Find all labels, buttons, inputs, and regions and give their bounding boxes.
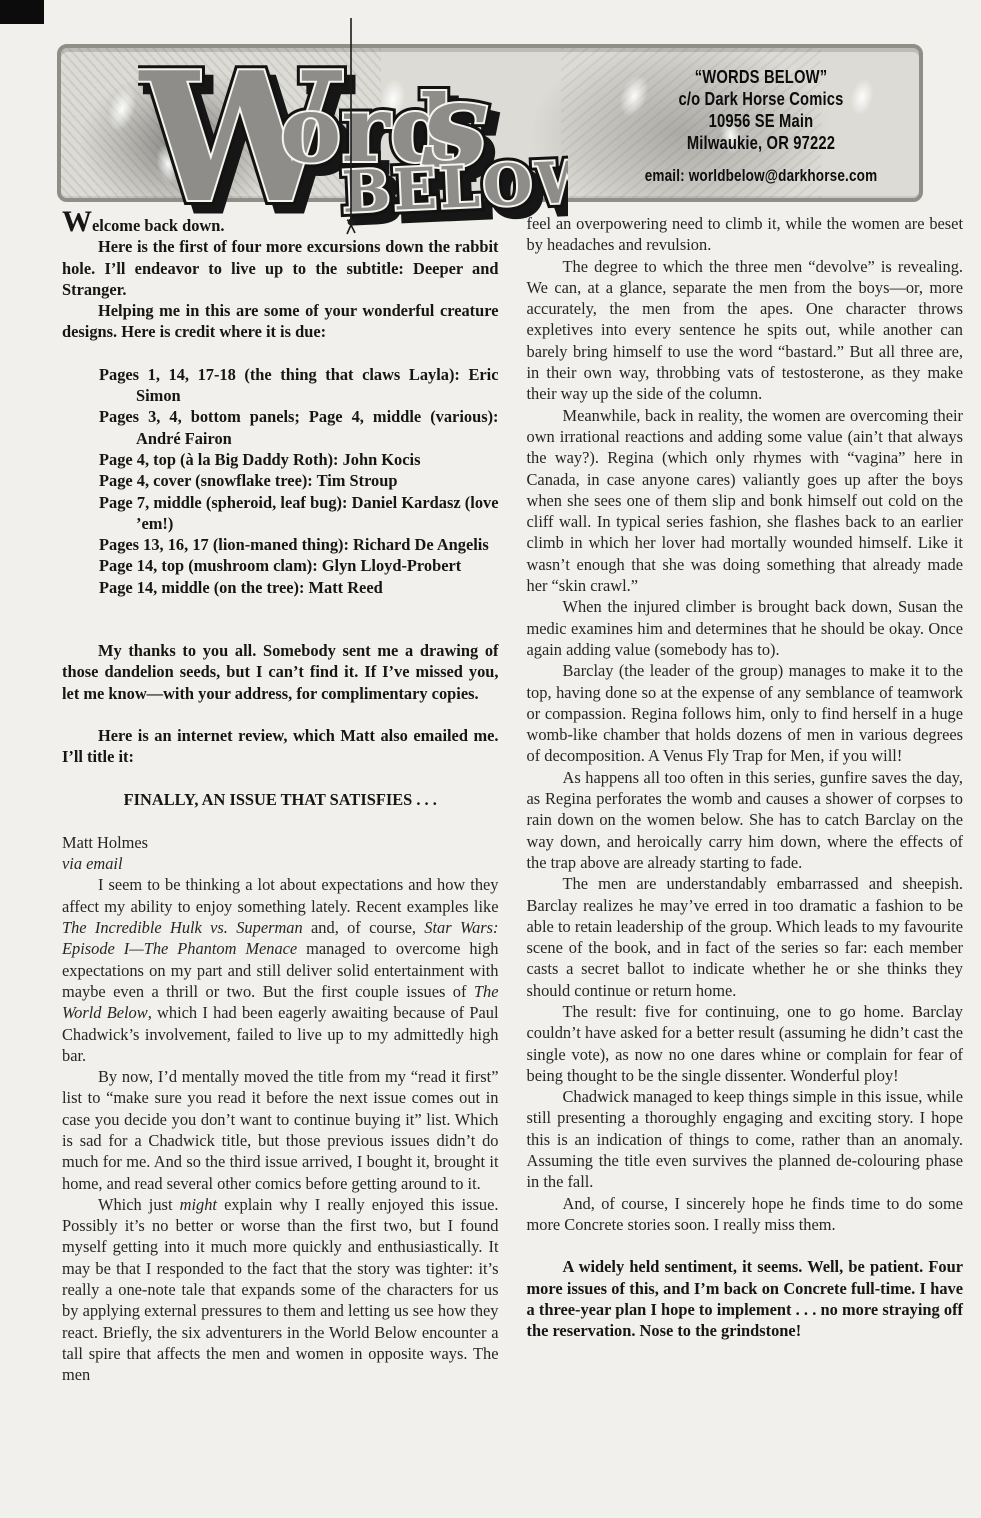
body-text: Page 4, cover (snowflake tree): Tim Stro… [99,471,398,490]
letter-paragraph: The result: five for continuing, one to … [527,1001,964,1086]
body-text: feel an overpowering need to climb it, w… [527,214,964,254]
credit-line: Page 7, middle (spheroid, leaf bug): Dan… [62,492,499,535]
credit-line: Page 4, cover (snowflake tree): Tim Stro… [62,470,499,491]
letter-title: FINALLY, AN ISSUE THAT SATISFIES . . . [62,789,499,810]
body-text: and, of course, [303,918,425,937]
letter-paragraph: Barclay (the leader of the group) manage… [527,660,964,766]
body-text: Pages 1, 14, 17-18 (the thing that claws… [99,365,499,405]
letter-paragraph: By now, I’d mentally moved the title fro… [62,1066,499,1194]
italic-title-text: The Incredible Hulk vs. Superman [62,918,303,937]
address-line: Milwaukie, OR 97222 [638,132,884,154]
letter-paragraph: I seem to be thinking a lot about expect… [62,874,499,1066]
body-text: Page 4, top (à la Big Daddy Roth): John … [99,450,420,469]
sender-via: via email [62,853,499,874]
editor-paragraph: Here is an internet review, which Matt a… [62,725,499,768]
body-text: The result: five for continuing, one to … [527,1002,964,1085]
opening-line: Welcome back down. [62,213,499,236]
column-right: feel an overpowering need to climb it, w… [527,213,964,1386]
body-text: The degree to which the three men “devol… [527,257,964,404]
credit-line: Page 14, middle (on the tree): Matt Reed [62,577,499,598]
sender-name: Matt Holmes [62,832,499,853]
body-text: Which just [98,1195,180,1214]
body-text: By now, I’d mentally moved the title fro… [62,1067,499,1192]
email-address: email: worldbelow@darkhorse.com [638,165,884,187]
blank-line [62,598,499,619]
body-text: Helping me in this are some of your wond… [62,301,499,341]
blank-line [62,619,499,640]
body-text: explain why I really enjoyed this issue.… [62,1195,499,1384]
body-text: Page 14, middle (on the tree): Matt Reed [99,578,383,597]
body-text: My thanks to you all. Somebody sent me a… [62,641,499,703]
address-line: 10956 SE Main [638,110,884,132]
blank-line [62,704,499,725]
credit-line: Page 4, top (à la Big Daddy Roth): John … [62,449,499,470]
letter-signature: Matt Holmesvia email [62,832,499,875]
letter-paragraph: feel an overpowering need to climb it, w… [527,213,964,256]
body-text: And, of course, I sincerely hope he find… [527,1194,964,1234]
letters-page: “WORDS BELOW” c/o Dark Horse Comics 1095… [0,0,981,1518]
body-text: A widely held sentiment, it seems. Well,… [527,1257,964,1340]
credit-line: Pages 13, 16, 17 (lion-maned thing): Ric… [62,534,499,555]
body-text: Meanwhile, back in reality, the women ar… [527,406,964,595]
body-text: Here is an internet review, which Matt a… [62,726,499,766]
body-text: Here is the first of four more excursion… [62,237,499,299]
blank-line [62,343,499,364]
blank-line [527,1235,964,1256]
letter-paragraph: When the injured climber is brought back… [527,596,964,660]
address-title: “WORDS BELOW” [638,66,884,88]
editor-paragraph: A widely held sentiment, it seems. Well,… [527,1256,964,1341]
mailing-address: “WORDS BELOW” c/o Dark Horse Comics 1095… [638,66,884,187]
body-text: I seem to be thinking a lot about expect… [62,875,499,915]
letter-paragraph: Which just might explain why I really en… [62,1194,499,1386]
letter-paragraph: The degree to which the three men “devol… [527,256,964,405]
body-text: As happens all too often in this series,… [527,768,964,872]
column-left: Welcome back down.Here is the first of f… [62,213,499,1386]
editor-paragraph: Helping me in this are some of your wond… [62,300,499,343]
body-text: Chadwick managed to keep things simple i… [527,1087,964,1191]
editor-paragraph: My thanks to you all. Somebody sent me a… [62,640,499,704]
address-line: c/o Dark Horse Comics [638,88,884,110]
words-below-logo: W ord s BELOW W ord s BELOW W ord s BELO… [138,4,568,248]
scan-artifact [0,0,44,24]
body-text: Page 14, top (mushroom clam): Glyn Lloyd… [99,556,461,575]
letter-paragraph: And, of course, I sincerely hope he find… [527,1193,964,1236]
body-text: Barclay (the leader of the group) manage… [527,661,964,765]
credit-line: Page 14, top (mushroom clam): Glyn Lloyd… [62,555,499,576]
body-text: The men are understandably embarrassed a… [527,874,964,999]
letter-paragraph: Meanwhile, back in reality, the women ar… [527,405,964,597]
letter-paragraph: As happens all too often in this series,… [527,767,964,873]
credit-line: Pages 1, 14, 17-18 (the thing that claws… [62,364,499,407]
letter-paragraph: Chadwick managed to keep things simple i… [527,1086,964,1192]
editor-paragraph: Here is the first of four more excursion… [62,236,499,300]
letter-paragraph: The men are understandably embarrassed a… [527,873,964,1001]
credit-line: Pages 3, 4, bottom panels; Page 4, middl… [62,406,499,449]
letter-columns: Welcome back down.Here is the first of f… [62,213,963,1386]
body-text: When the injured climber is brought back… [527,597,964,659]
logo-lettering: W ord s BELOW [138,33,568,242]
body-text: Page 7, middle (spheroid, leaf bug): Dan… [99,493,499,533]
body-text: Pages 13, 16, 17 (lion-maned thing): Ric… [99,535,489,554]
italic-title-text: might [180,1195,217,1214]
body-text: Pages 3, 4, bottom panels; Page 4, middl… [99,407,499,447]
